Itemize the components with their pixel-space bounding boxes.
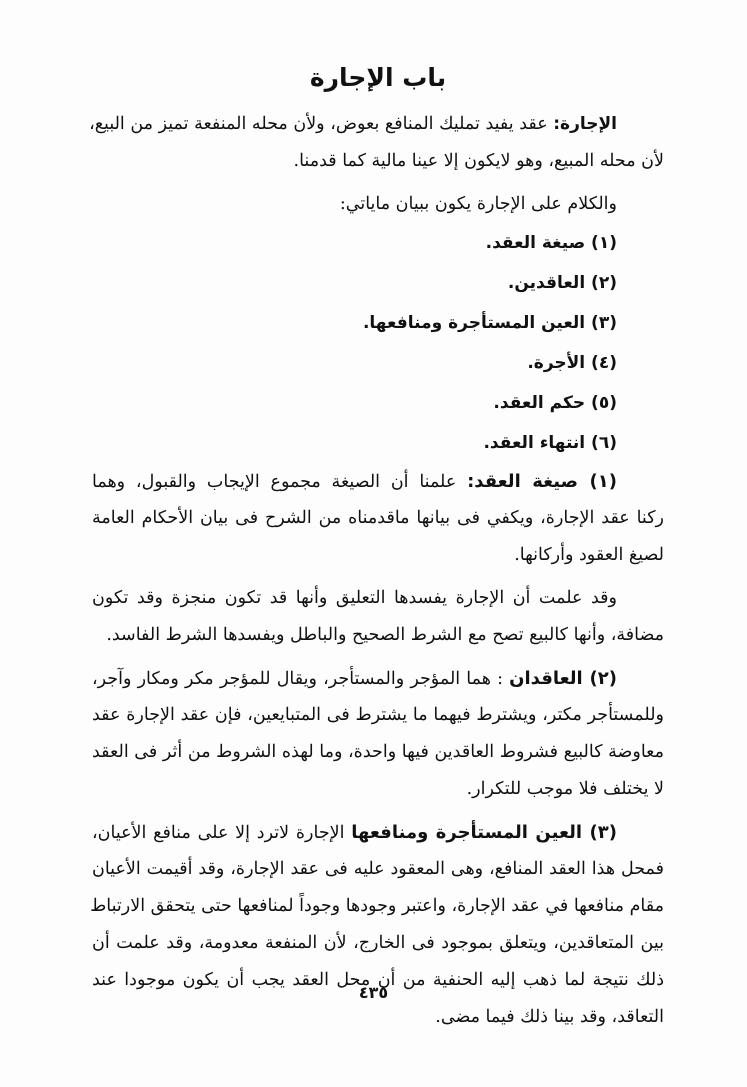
text-line: لا يختلف فلا موجب للتكرار. bbox=[92, 771, 664, 808]
section-heading: (١) صيغة العقد: bbox=[467, 471, 617, 492]
text-line: بين المتعاقدين، ويتعلق بموجود فى الخارج،… bbox=[92, 925, 664, 962]
page-number: ٤٣٥ bbox=[0, 983, 747, 1002]
section-heading: (٢) العاقدان bbox=[509, 668, 617, 689]
chapter-title: باب الإجارة bbox=[92, 58, 664, 100]
text-line: الإجارة: عقد يفيد تمليك المنافع بعوض، ول… bbox=[92, 106, 664, 143]
section-leased-property: (٣) العين المستأجرة ومنافعها الإجارة لات… bbox=[92, 814, 664, 1036]
intro-line: والكلام على الإجارة يكون ببيان ماياتي: bbox=[92, 186, 664, 223]
text-line: التعاقد، وقد بينا ذلك فيما مضى. bbox=[92, 999, 664, 1036]
text-line: مضافة، وأنها كالبيع تصح مع الشرط الصحيح … bbox=[92, 617, 664, 654]
text-line: معاوضة كالبيع فشروط العاقدين فيها واحدة،… bbox=[92, 734, 664, 771]
defined-term: الإجارة: bbox=[553, 114, 617, 134]
text-line: مقام منافعها في عقد الإجارة، واعتبر وجود… bbox=[92, 888, 664, 925]
paragraph-suspension: وقد علمت أن الإجارة يفسدها التعليق وأنها… bbox=[92, 580, 664, 654]
list-item: (٢) العاقدين. bbox=[92, 263, 664, 303]
text-run: الإجارة لاترد إلا على منافع الأعيان، bbox=[92, 823, 351, 843]
text-line: وقد علمت أن الإجارة يفسدها التعليق وأنها… bbox=[92, 580, 664, 617]
text-run: : هما المؤجر والمستأجر، ويقال للمؤجر مكر… bbox=[92, 669, 509, 689]
text-line: (٢) العاقدان : هما المؤجر والمستأجر، ويق… bbox=[92, 660, 664, 697]
list-item: (٣) العين المستأجرة ومنافعها. bbox=[92, 303, 664, 343]
text-run: عقد يفيد تمليك المنافع بعوض، ولأن محله ا… bbox=[89, 114, 553, 134]
book-page: باب الإجارة الإجارة: عقد يفيد تمليك المن… bbox=[92, 58, 664, 1036]
list-item: (٤) الأجرة. bbox=[92, 343, 664, 383]
text-line: ركنا عقد الإجارة، ويكفي فى بيانها ماقدمن… bbox=[92, 500, 664, 537]
text-line: وللمستأجر مكتر، ويشترط فيهما ما يشترط فى… bbox=[92, 697, 664, 734]
topics-list: (١) صيغة العقد. (٢) العاقدين. (٣) العين … bbox=[92, 223, 664, 463]
list-item: (١) صيغة العقد. bbox=[92, 223, 664, 263]
definition-paragraph: الإجارة: عقد يفيد تمليك المنافع بعوض، ول… bbox=[92, 106, 664, 180]
list-item: (٦) انتهاء العقد. bbox=[92, 423, 664, 463]
section-contracting-parties: (٢) العاقدان : هما المؤجر والمستأجر، ويق… bbox=[92, 660, 664, 808]
text-line: لصيغ العقود وأركانها. bbox=[92, 537, 664, 574]
text-line: (٣) العين المستأجرة ومنافعها الإجارة لات… bbox=[92, 814, 664, 851]
text-line: فمحل هذا العقد المنافع، وهى المعقود عليه… bbox=[92, 851, 664, 888]
text-line: (١) صيغة العقد: علمنا أن الصيغة مجموع ال… bbox=[92, 463, 664, 500]
section-contract-form: (١) صيغة العقد: علمنا أن الصيغة مجموع ال… bbox=[92, 463, 664, 574]
text-line: لأن محله المبيع، وهو لايكون إلا عينا مال… bbox=[92, 143, 664, 180]
list-item: (٥) حكم العقد. bbox=[92, 383, 664, 423]
section-heading: (٣) العين المستأجرة ومنافعها bbox=[351, 822, 617, 843]
text-run: علمنا أن الصيغة مجموع الإيجاب والقبول، و… bbox=[92, 472, 467, 492]
